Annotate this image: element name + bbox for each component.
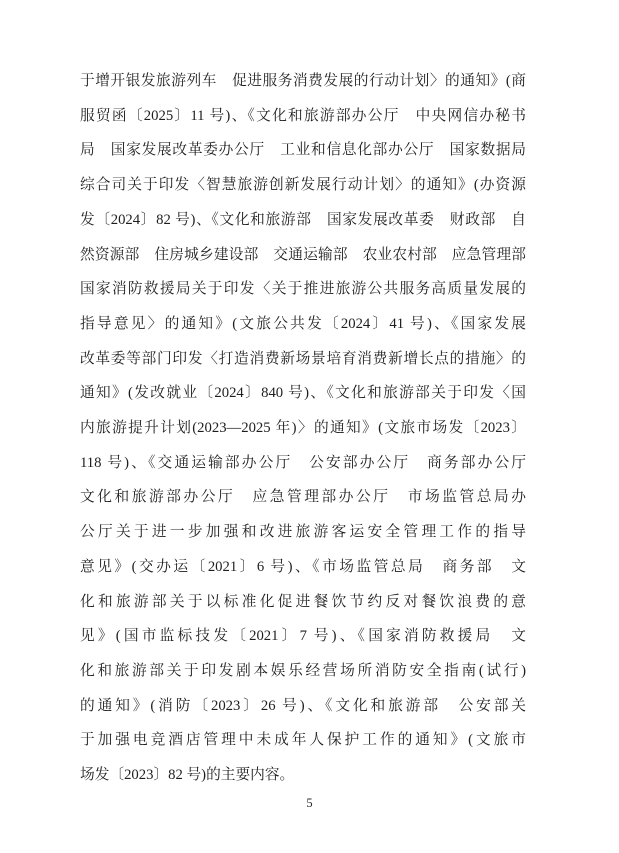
text-line: 服贸函〔2025〕11 号)、《文化和旅游部办公厅 中央网信办秘书 [80,99,526,134]
text-line: 文化和旅游部办公厅 应急管理部办公厅 市场监管总局办 [80,480,526,515]
text-line: 内旅游提升计划(2023—2025 年)〉的通知》(文旅市场发〔2023〕 [80,411,526,446]
text-line: 局 国家发展改革委办公厅 工业和信息化部办公厅 国家数据局 [80,133,526,168]
text-line: 118 号)、《交通运输部办公厅 公安部办公厅 商务部办公厅 [80,446,526,481]
text-line: 于增开银发旅游列车 促进服务消费发展的行动计划〉的通知》(商 [80,64,526,99]
text-line: 意见》(交办运〔2021〕6 号)、《市场监管总局 商务部 文 [80,550,526,585]
text-line: 场发〔2023〕82 号)的主要内容。 [80,758,526,793]
text-line: 改革委等部门印发〈打造消费新场景培育消费新增长点的措施〉的 [80,342,526,377]
text-line: 发〔2024〕82 号)、《文化和旅游部 国家发展改革委 财政部 自 [80,203,526,238]
text-line: 化和旅游部关于印发剧本娱乐经营场所消防安全指南(试行) [80,654,526,689]
text-line: 于加强电竞酒店管理中未成年人保护工作的通知》(文旅市 [80,723,526,758]
text-line: 然资源部 住房城乡建设部 交通运输部 农业农村部 应急管理部 [80,238,526,273]
text-line: 化和旅游部关于以标准化促进餐饮节约反对餐饮浪费的意 [80,585,526,620]
text-line: 国家消防救援局关于印发〈关于推进旅游公共服务高质量发展的 [80,272,526,307]
text-line: 公厅关于进一步加强和改进旅游客运安全管理工作的指导 [80,515,526,550]
text-line: 综合司关于印发〈智慧旅游创新发展行动计划〉的通知》(办资源 [80,168,526,203]
text-line: 指导意见〉的通知》(文旅公共发〔2024〕41 号)、《国家发展 [80,307,526,342]
text-line: 通知》(发改就业〔2024〕840 号)、《文化和旅游部关于印发〈国 [80,376,526,411]
text-line: 见》(国市监标技发〔2021〕7 号)、《国家消防救援局 文 [80,619,526,654]
document-text-block: 于增开银发旅游列车 促进服务消费发展的行动计划〉的通知》(商 服贸函〔2025〕… [80,64,526,793]
text-line: 的通知》(消防〔2023〕26 号)、《文化和旅游部 公安部关 [80,689,526,724]
page-number: 5 [0,795,619,811]
document-page: 于增开银发旅游列车 促进服务消费发展的行动计划〉的通知》(商 服贸函〔2025〕… [0,0,619,853]
